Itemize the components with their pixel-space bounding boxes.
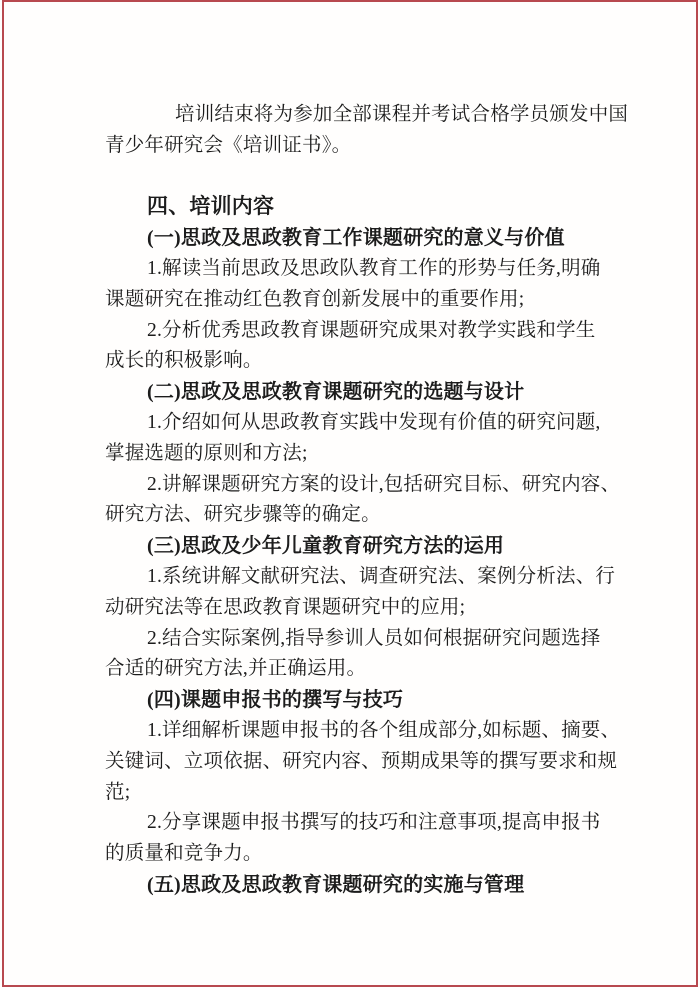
text-line: 2.分享课题申报书撰写的技巧和注意事项,提高申报书 [105, 808, 615, 839]
text-line: 掌握选题的原则和方法; [105, 439, 615, 470]
text-line: 2.结合实际案例,指导参训人员如何根据研究问题选择 [105, 624, 615, 655]
text-line: 1.系统讲解文献研究法、调查研究法、案例分析法、行 [105, 562, 615, 593]
subsection-heading: (四)课题申报书的撰写与技巧 [105, 685, 615, 716]
section-heading: 四、培训内容 [105, 192, 615, 223]
subsection-heading: (五)思政及思政教育课题研究的实施与管理 [105, 870, 615, 901]
subsection-heading: (三)思政及少年儿童教育研究方法的运用 [105, 531, 615, 562]
text-line: 1.解读当前思政及思政队教育工作的形势与任务,明确 [105, 254, 615, 285]
text-line: 1.介绍如何从思政教育实践中发现有价值的研究问题, [105, 408, 615, 439]
text-line: 动研究法等在思政教育课题研究中的应用; [105, 593, 615, 624]
document-page: 培训结束将为参加全部课程并考试合格学员颁发中国青少年研究会《培训证书》。四、培训… [0, 0, 700, 990]
text-line: 范; [105, 778, 615, 809]
text-line: 培训结束将为参加全部课程并考试合格学员颁发中国 [105, 100, 615, 131]
text-line: 1.详细解析课题申报书的各个组成部分,如标题、摘要、 [105, 716, 615, 747]
text-line: 研究方法、研究步骤等的确定。 [105, 500, 615, 531]
text-line: 2.讲解课题研究方案的设计,包括研究目标、研究内容、 [105, 470, 615, 501]
text-line: 的质量和竞争力。 [105, 839, 615, 870]
text-line: 青少年研究会《培训证书》。 [105, 131, 615, 162]
subsection-heading: (二)思政及思政教育课题研究的选题与设计 [105, 377, 615, 408]
subsection-heading: (一)思政及思政教育工作课题研究的意义与价值 [105, 223, 615, 254]
text-line: 合适的研究方法,并正确运用。 [105, 654, 615, 685]
text-line: 成长的积极影响。 [105, 346, 615, 377]
blank-line [105, 162, 615, 193]
text-line: 关键词、立项依据、研究内容、预期成果等的撰写要求和规 [105, 747, 615, 778]
document-body: 培训结束将为参加全部课程并考试合格学员颁发中国青少年研究会《培训证书》。四、培训… [105, 100, 615, 901]
text-line: 课题研究在推动红色教育创新发展中的重要作用; [105, 285, 615, 316]
text-line: 2.分析优秀思政教育课题研究成果对教学实践和学生 [105, 316, 615, 347]
